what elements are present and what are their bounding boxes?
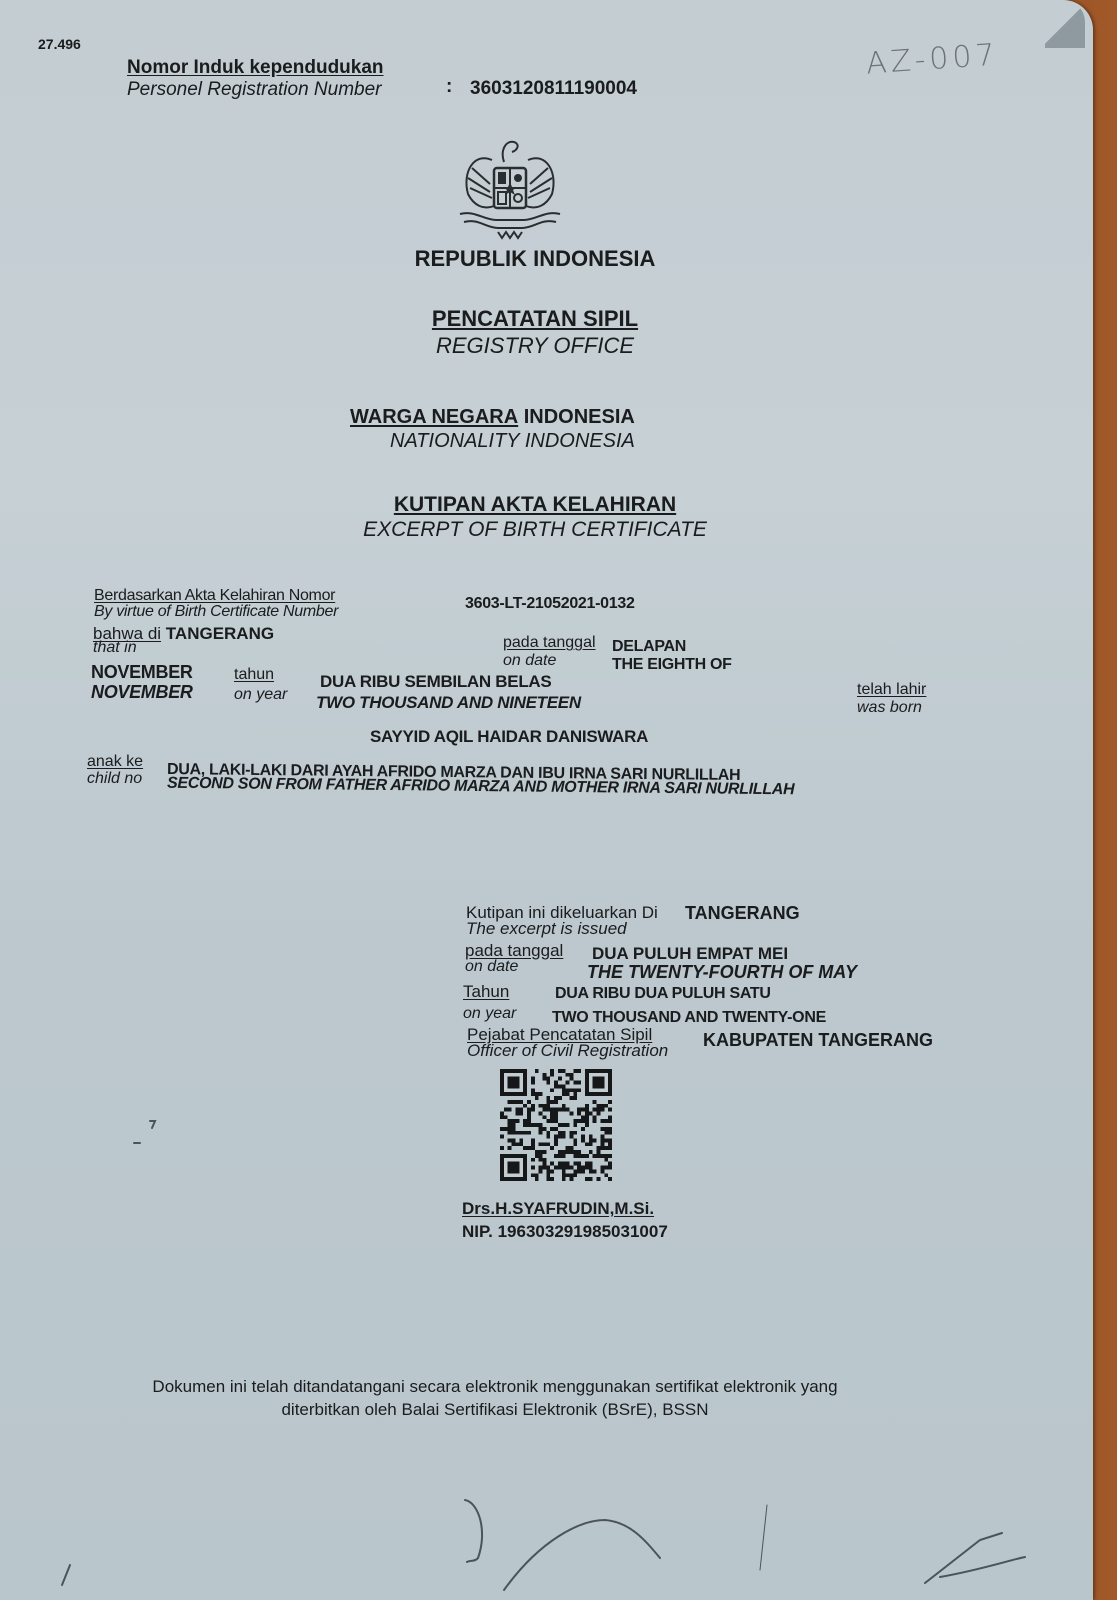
issue-year-value: DUA RIBU DUA PULUH SATU <box>555 985 771 1003</box>
issued-label-en: The excerpt is issued <box>466 919 627 939</box>
birth-date-label-en: on date <box>503 652 556 670</box>
child-no-label-en: child no <box>87 770 142 788</box>
handwritten-code: AZ-007 <box>865 37 1000 81</box>
child-no-label: anak ke <box>87 753 143 771</box>
birth-year-label: tahun <box>234 666 274 684</box>
nationality-label: WARGA NEGARA <box>350 406 518 428</box>
born-label-en: was born <box>857 699 922 717</box>
birth-year-label-en: on year <box>234 686 287 704</box>
birth-month: NOVEMBER <box>91 662 193 683</box>
birth-date-label: pada tanggal <box>503 634 596 652</box>
child-name: SAYYID AQIL HAIDAR DANISWARA <box>370 727 648 747</box>
office-heading-en: REGISTRY OFFICE <box>300 333 770 359</box>
nik-value: 3603120811190004 <box>470 78 637 100</box>
nationality-heading-en: NATIONALITY INDONESIA <box>390 430 635 453</box>
birth-certificate-paper: 27.496 Nomor Induk kependudukan Personel… <box>0 0 1093 1600</box>
nationality-value: INDONESIA <box>524 406 635 428</box>
document-number: 27.496 <box>38 36 81 52</box>
issue-date-label-en: on date <box>465 958 518 976</box>
issue-date-value: DUA PULUH EMPAT MEI <box>592 944 788 964</box>
e-signature-notice-line2: diterbitkan oleh Balai Sertifikasi Elekt… <box>100 1400 890 1420</box>
birth-place-value: TANGERANG <box>166 624 274 643</box>
birth-year-value: DUA RIBU SEMBILAN BELAS <box>320 672 551 692</box>
e-signature-notice-line1: Dokumen ini telah ditandatangani secara … <box>100 1377 890 1397</box>
garuda-emblem-icon <box>454 132 566 240</box>
birth-place-label-en: that in <box>93 639 137 657</box>
issue-year-label-en: on year <box>463 1005 516 1023</box>
birth-year-value-en: TWO THOUSAND AND NINETEEN <box>316 693 581 713</box>
birth-date-value: DELAPAN <box>612 638 686 656</box>
cert-number-label-en: By virtue of Birth Certificate Number <box>94 603 338 621</box>
signer-nip: NIP. 196303291985031007 <box>462 1222 668 1242</box>
issued-place: TANGERANG <box>685 903 800 924</box>
born-label: telah lahir <box>857 681 926 699</box>
nationality-heading: WARGA NEGARA INDONESIA <box>350 406 635 429</box>
country-heading: REPUBLIK INDONESIA <box>300 246 770 272</box>
birth-date-value-en: THE EIGHTH OF <box>612 656 732 674</box>
signer-name: Drs.H.SYAFRUDIN,M.Si. <box>462 1199 654 1219</box>
office-heading: PENCATATAN SIPIL <box>300 306 770 332</box>
officer-region: KABUPATEN TANGERANG <box>703 1030 933 1051</box>
cert-number-value: 3603-LT-21052021-0132 <box>465 595 635 613</box>
issue-year-label: Tahun <box>463 982 509 1002</box>
document-title: KUTIPAN AKTA KELAHIRAN <box>300 493 770 517</box>
issue-date-value-en: THE TWENTY-FOURTH OF MAY <box>587 962 857 983</box>
nik-colon: : <box>446 76 452 98</box>
document-title-en: EXCERPT OF BIRTH CERTIFICATE <box>300 518 770 542</box>
qr-code-icon <box>500 1068 612 1182</box>
office-heading-text: PENCATATAN SIPIL <box>432 306 638 331</box>
document-title-text: KUTIPAN AKTA KELAHIRAN <box>394 493 676 516</box>
birth-month-en: NOVEMBER <box>91 682 193 703</box>
officer-label-en: Officer of Civil Registration <box>467 1041 668 1061</box>
nik-label-en: Personel Registration Number <box>127 79 382 101</box>
nik-label: Nomor Induk kependudukan <box>127 57 384 79</box>
